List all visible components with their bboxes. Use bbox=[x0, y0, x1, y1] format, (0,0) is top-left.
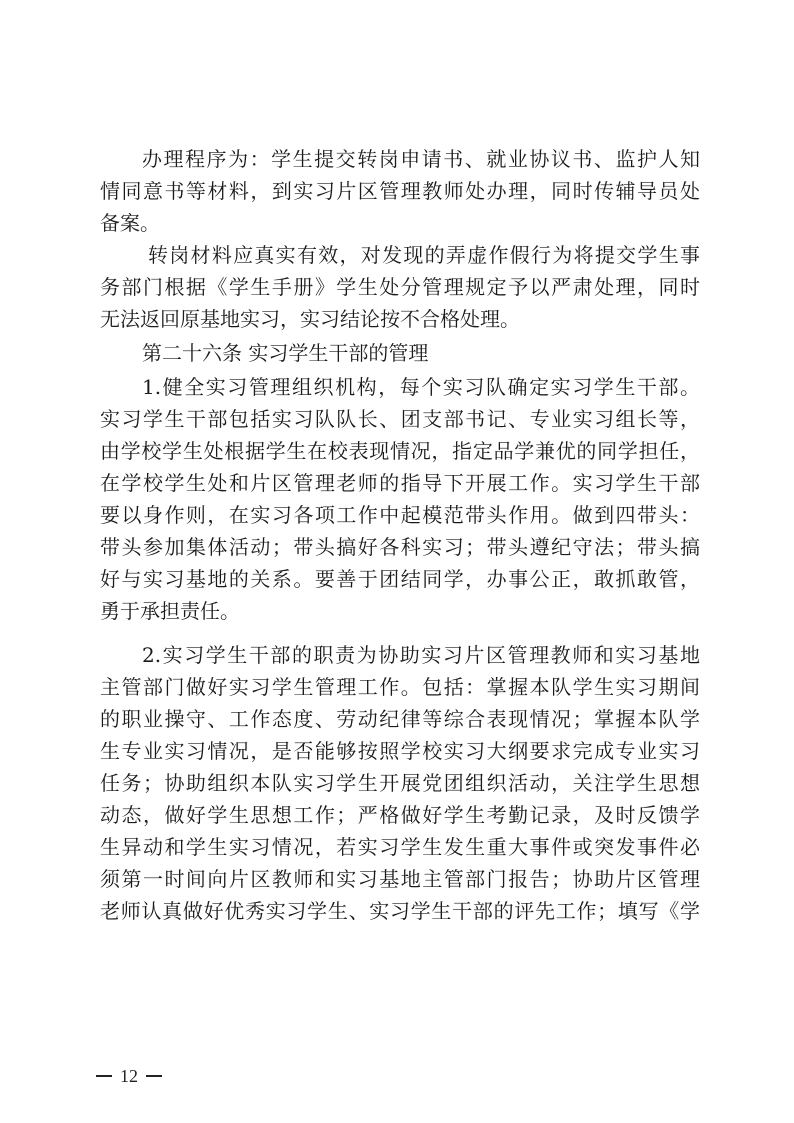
item-1-line-5: 要以身作则，在实习各项工作中起模范带头作用。做到四带头： bbox=[100, 499, 700, 531]
item-1-line-7: 好与实习基地的关系。要善于团结同学，办事公正，敢抓敢管， bbox=[100, 563, 700, 595]
item-2-line-8: 须第一时间向片区教师和实习基地主管部门报告；协助片区管理 bbox=[100, 863, 700, 895]
page-footer: 12 bbox=[96, 1064, 162, 1088]
paragraph-procedure-line-1: 办理程序为：学生提交转岗申请书、就业协议书、监护人知 bbox=[142, 143, 700, 175]
item-1-line-4: 在学校学生处和片区管理老师的指导下开展工作。实习学生干部 bbox=[100, 467, 700, 499]
item-2-line-3: 的职业操守、工作态度、劳动纪律等综合表现情况；掌握本队学 bbox=[100, 703, 700, 735]
footer-dash-left bbox=[96, 1075, 112, 1077]
paragraph-materials-line-2: 务部门根据《学生手册》学生处分管理规定予以严肃处理，同时 bbox=[100, 271, 700, 303]
article-26-heading: 第二十六条 实习学生干部的管理 bbox=[142, 337, 700, 369]
item-2-line-1: 2.实习学生干部的职责为协助实习片区管理教师和实习基地 bbox=[142, 639, 700, 671]
item-1-line-8: 勇于承担责任。 bbox=[100, 595, 700, 627]
item-2-line-7: 生异动和学生实习情况，若实习学生发生重大事件或突发事件必 bbox=[100, 831, 700, 863]
item-1-line-2: 实习学生干部包括实习队队长、团支部书记、专业实习组长等， bbox=[100, 403, 700, 435]
item-1-line-1: 1.健全实习管理组织机构，每个实习队确定实习学生干部。 bbox=[142, 371, 700, 403]
document-page: 办理程序为：学生提交转岗申请书、就业协议书、监护人知 情同意书等材料，到实习片区… bbox=[0, 0, 794, 1123]
paragraph-procedure-line-3: 备案。 bbox=[100, 207, 700, 239]
item-2-line-2: 主管部门做好实习学生管理工作。包括：掌握本队学生实习期间 bbox=[100, 671, 700, 703]
item-2-line-6: 动态，做好学生思想工作；严格做好学生考勤记录，及时反馈学 bbox=[100, 799, 700, 831]
item-2-line-9: 老师认真做好优秀实习学生、实习学生干部的评先工作；填写《学 bbox=[100, 895, 700, 927]
item-1-line-3: 由学校学生处根据学生在校表现情况，指定品学兼优的同学担任， bbox=[100, 435, 700, 467]
paragraph-materials-line-3: 无法返回原基地实习，实习结论按不合格处理。 bbox=[100, 303, 700, 335]
paragraph-procedure-line-2: 情同意书等材料，到实习片区管理教师处办理，同时传辅导员处 bbox=[100, 175, 700, 207]
item-2-line-4: 生专业实习情况，是否能够按照学校实习大纲要求完成专业实习 bbox=[100, 735, 700, 767]
footer-dash-right bbox=[146, 1075, 162, 1077]
page-number: 12 bbox=[120, 1064, 138, 1088]
paragraph-materials-line-1: 转岗材料应真实有效，对发现的弄虚作假行为将提交学生事 bbox=[148, 239, 700, 271]
item-2-line-5: 任务；协助组织本队实习学生开展党团组织活动，关注学生思想 bbox=[100, 767, 700, 799]
item-1-line-6: 带头参加集体活动；带头搞好各科实习；带头遵纪守法；带头搞 bbox=[100, 531, 700, 563]
